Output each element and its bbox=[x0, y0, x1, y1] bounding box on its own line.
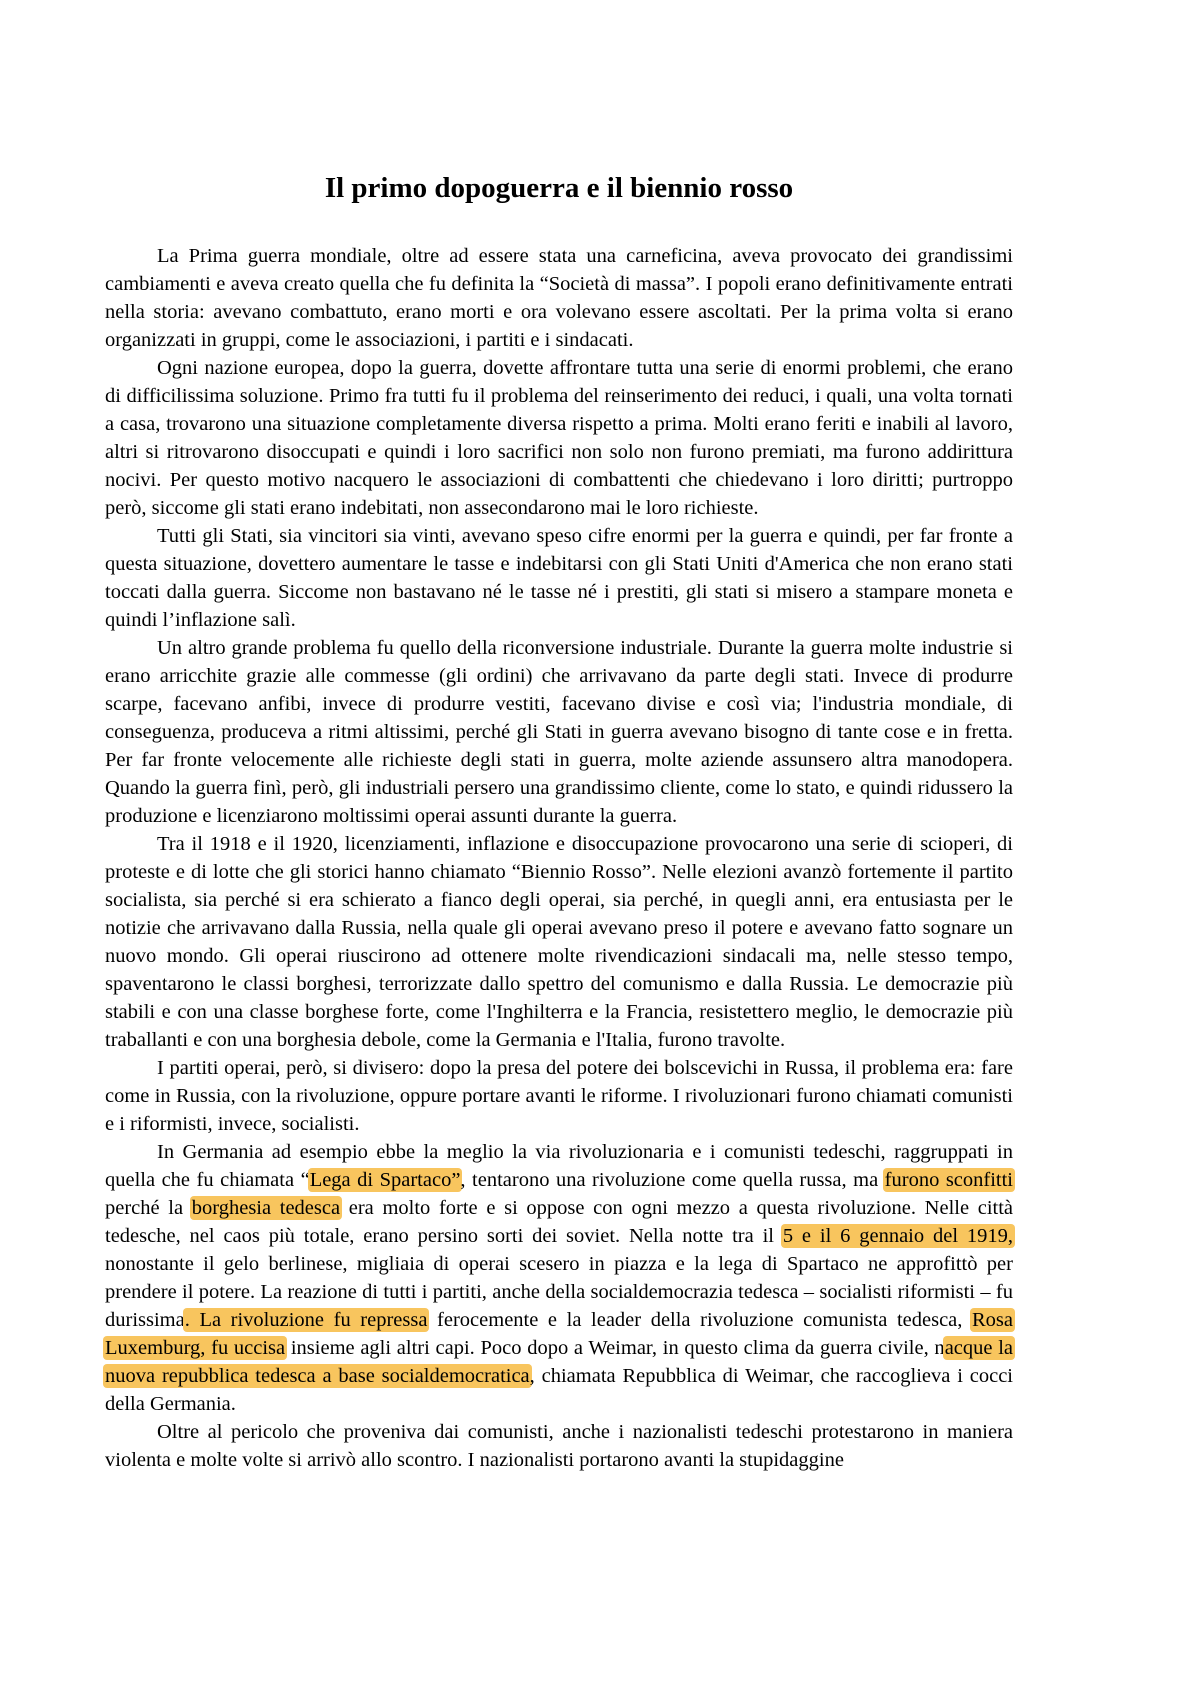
text-segment: La Prima guerra mondiale, oltre ad esser… bbox=[105, 245, 1013, 351]
text-segment: I partiti operai, però, si divisero: dop… bbox=[105, 1057, 1013, 1135]
text-segment: Ogni nazione europea, dopo la guerra, do… bbox=[105, 357, 1013, 519]
paragraph: Tutti gli Stati, sia vincitori sia vinti… bbox=[105, 522, 1013, 634]
paragraph: Ogni nazione europea, dopo la guerra, do… bbox=[105, 354, 1013, 522]
page-title: Il primo dopoguerra e il biennio rosso bbox=[105, 170, 1013, 206]
text-block: Il primo dopoguerra e il biennio rosso L… bbox=[105, 170, 1013, 1474]
paragraph: Tra il 1918 e il 1920, licenziamenti, in… bbox=[105, 830, 1013, 1054]
text-segment: , tentarono una rivoluzione come quella … bbox=[460, 1169, 884, 1191]
text-segment: Tutti gli Stati, sia vincitori sia vinti… bbox=[105, 525, 1013, 631]
text-segment: ferocemente e la leader della rivoluzion… bbox=[427, 1309, 972, 1331]
text-segment: perché la bbox=[105, 1197, 192, 1219]
highlighted-text: . La rivoluzione fu repressa bbox=[183, 1308, 430, 1332]
highlighted-text: 5 e il 6 gennaio del 1919, bbox=[781, 1224, 1015, 1248]
highlighted-text: borghesia tedesca bbox=[190, 1196, 342, 1220]
text-segment: Oltre al pericolo che proveniva dai comu… bbox=[105, 1421, 1013, 1471]
paragraph: In Germania ad esempio ebbe la meglio la… bbox=[105, 1138, 1013, 1418]
document-body: La Prima guerra mondiale, oltre ad esser… bbox=[105, 242, 1013, 1474]
paragraph: Un altro grande problema fu quello della… bbox=[105, 634, 1013, 830]
paragraph: La Prima guerra mondiale, oltre ad esser… bbox=[105, 242, 1013, 354]
highlighted-text: Lega di Spartaco” bbox=[308, 1168, 463, 1192]
paragraph: I partiti operai, però, si divisero: dop… bbox=[105, 1054, 1013, 1138]
text-segment: Un altro grande problema fu quello della… bbox=[105, 637, 1013, 827]
highlighted-text: furono sconfitti bbox=[883, 1168, 1015, 1192]
text-segment: insieme agli altri capi. Poco dopo a Wei… bbox=[285, 1337, 945, 1359]
paragraph: Oltre al pericolo che proveniva dai comu… bbox=[105, 1418, 1013, 1474]
text-segment: Tra il 1918 e il 1920, licenziamenti, in… bbox=[105, 833, 1013, 1051]
document-page: Il primo dopoguerra e il biennio rosso L… bbox=[0, 0, 1200, 1698]
